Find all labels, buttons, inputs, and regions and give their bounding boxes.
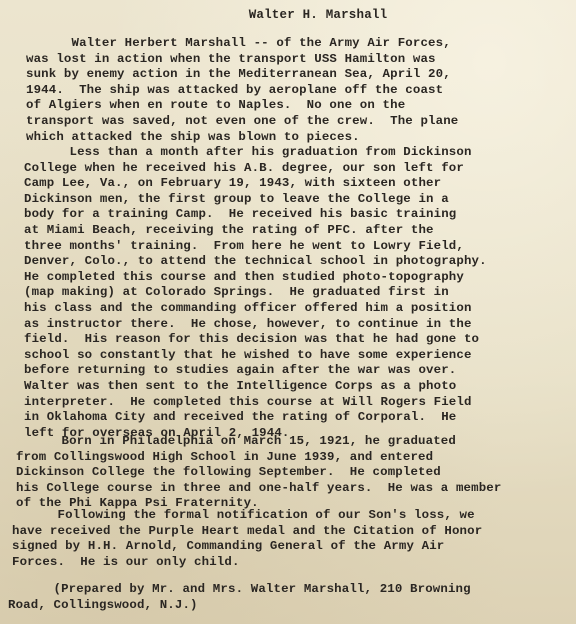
text-line: was lost in action when the transport US… bbox=[26, 52, 556, 68]
text-line: body for a training Camp. He received hi… bbox=[24, 207, 554, 223]
text-line: (map making) at Colorado Springs. He gra… bbox=[24, 285, 554, 301]
text-line: Denver, Colo., to attend the technical s… bbox=[24, 254, 554, 270]
document-title: Walter H. Marshall bbox=[0, 8, 576, 22]
text-line: of Algiers when en route to Naples. No o… bbox=[26, 98, 556, 114]
paragraph-biography: Born in Philadelphia on March 15, 1921, … bbox=[16, 434, 546, 512]
text-line: He completed this course and then studie… bbox=[24, 270, 554, 286]
text-line: interpreter. He completed this course at… bbox=[24, 395, 554, 411]
text-line: sunk by enemy action in the Mediterranea… bbox=[26, 67, 556, 83]
text-line: Dickinson College the following Septembe… bbox=[16, 465, 546, 481]
paragraph-prepared-by: (Prepared by Mr. and Mrs. Walter Marshal… bbox=[8, 582, 538, 613]
text-line: Walter Herbert Marshall -- of the Army A… bbox=[26, 36, 556, 52]
text-line: 1944. The ship was attacked by aeroplane… bbox=[26, 83, 556, 99]
text-line: before returning to studies again after … bbox=[24, 363, 554, 379]
paragraph-honors: Following the formal notification of our… bbox=[12, 508, 542, 570]
text-line: school so constantly that he wished to h… bbox=[24, 348, 554, 364]
text-line: College when he received his A.B. degree… bbox=[24, 161, 554, 177]
typewritten-page: Walter H. Marshall Walter Herbert Marsha… bbox=[0, 0, 576, 624]
text-line: Dickinson men, the first group to leave … bbox=[24, 192, 554, 208]
text-line: at Miami Beach, receiving the rating of … bbox=[24, 223, 554, 239]
text-line: Following the formal notification of our… bbox=[12, 508, 542, 524]
text-line: from Collingswood High School in June 19… bbox=[16, 450, 546, 466]
text-line: Born in Philadelphia on March 15, 1921, … bbox=[16, 434, 546, 450]
text-line: his College course in three and one-half… bbox=[16, 481, 546, 497]
paragraph-loss-in-action: Walter Herbert Marshall -- of the Army A… bbox=[26, 36, 556, 145]
text-line: signed by H.H. Arnold, Commanding Genera… bbox=[12, 539, 542, 555]
text-line: his class and the commanding officer off… bbox=[24, 301, 554, 317]
text-line: Camp Lee, Va., on February 19, 1943, wit… bbox=[24, 176, 554, 192]
text-line: field. His reason for this decision was … bbox=[24, 332, 554, 348]
text-line: Road, Collingswood, N.J.) bbox=[8, 598, 538, 614]
text-line: Walter was then sent to the Intelligence… bbox=[24, 379, 554, 395]
text-line: Forces. He is our only child. bbox=[12, 555, 542, 571]
text-line: Less than a month after his graduation f… bbox=[24, 145, 554, 161]
text-line: as instructor there. He chose, however, … bbox=[24, 317, 554, 333]
text-line: transport was saved, not even one of the… bbox=[26, 114, 556, 130]
text-line: which attacked the ship was blown to pie… bbox=[26, 130, 556, 146]
text-line: (Prepared by Mr. and Mrs. Walter Marshal… bbox=[8, 582, 538, 598]
paragraph-military-training: Less than a month after his graduation f… bbox=[24, 145, 554, 441]
text-line: three months' training. From here he wen… bbox=[24, 239, 554, 255]
text-line: in Oklahoma City and received the rating… bbox=[24, 410, 554, 426]
text-line: have received the Purple Heart medal and… bbox=[12, 524, 542, 540]
